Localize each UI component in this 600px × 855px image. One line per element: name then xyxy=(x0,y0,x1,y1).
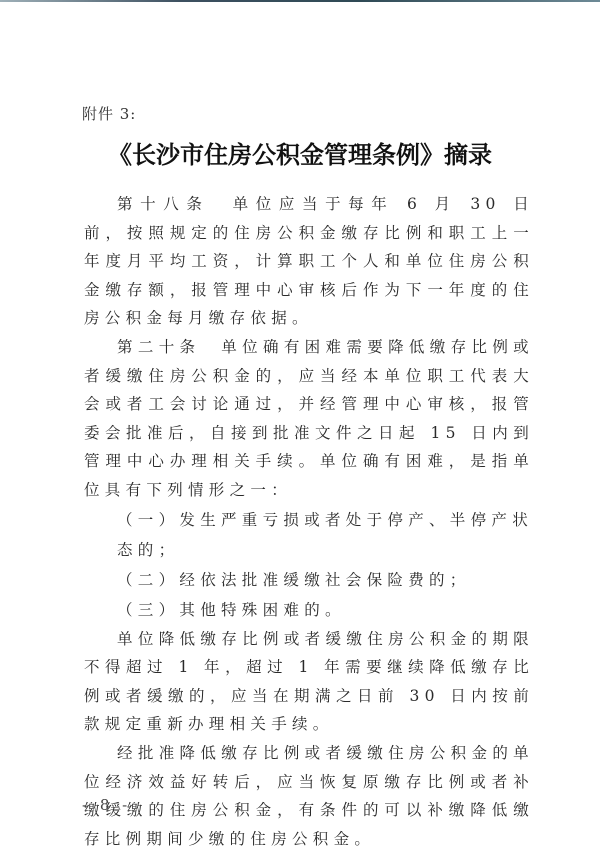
scan-top-edge xyxy=(0,0,600,2)
article-20-paragraph: 第二十条 单位确有困难需要降低缴存比例或者缓缴住房公积金的，应当经本单位职工代表… xyxy=(84,333,534,505)
document-body: 第十八条 单位应当于每年 6 月 30 日前，按照规定的住房公积金缴存比例和职工… xyxy=(84,190,534,853)
attachment-label: 附件 3: xyxy=(82,103,136,124)
list-item: （二）经依法批准缓缴社会保险费的； xyxy=(84,565,534,595)
article-18-paragraph: 第十八条 单位应当于每年 6 月 30 日前，按照规定的住房公积金缴存比例和职工… xyxy=(84,190,534,333)
list-item: （三）其他特殊困难的。 xyxy=(84,595,534,625)
restoration-paragraph: 经批准降低缴存比例或者缓缴住房公积金的单位经济效益好转后，应当恢复原缴存比例或者… xyxy=(84,739,534,853)
document-title: 《长沙市住房公积金管理条例》摘录 xyxy=(0,135,600,170)
page-number: - 8 - xyxy=(82,796,131,814)
deferral-limit-paragraph: 单位降低缴存比例或者缓缴住房公积金的期限不得超过 1 年，超过 1 年需要继续降… xyxy=(84,625,534,739)
list-item: （一）发生严重亏损或者处于停产、半停产状态的； xyxy=(84,505,534,565)
